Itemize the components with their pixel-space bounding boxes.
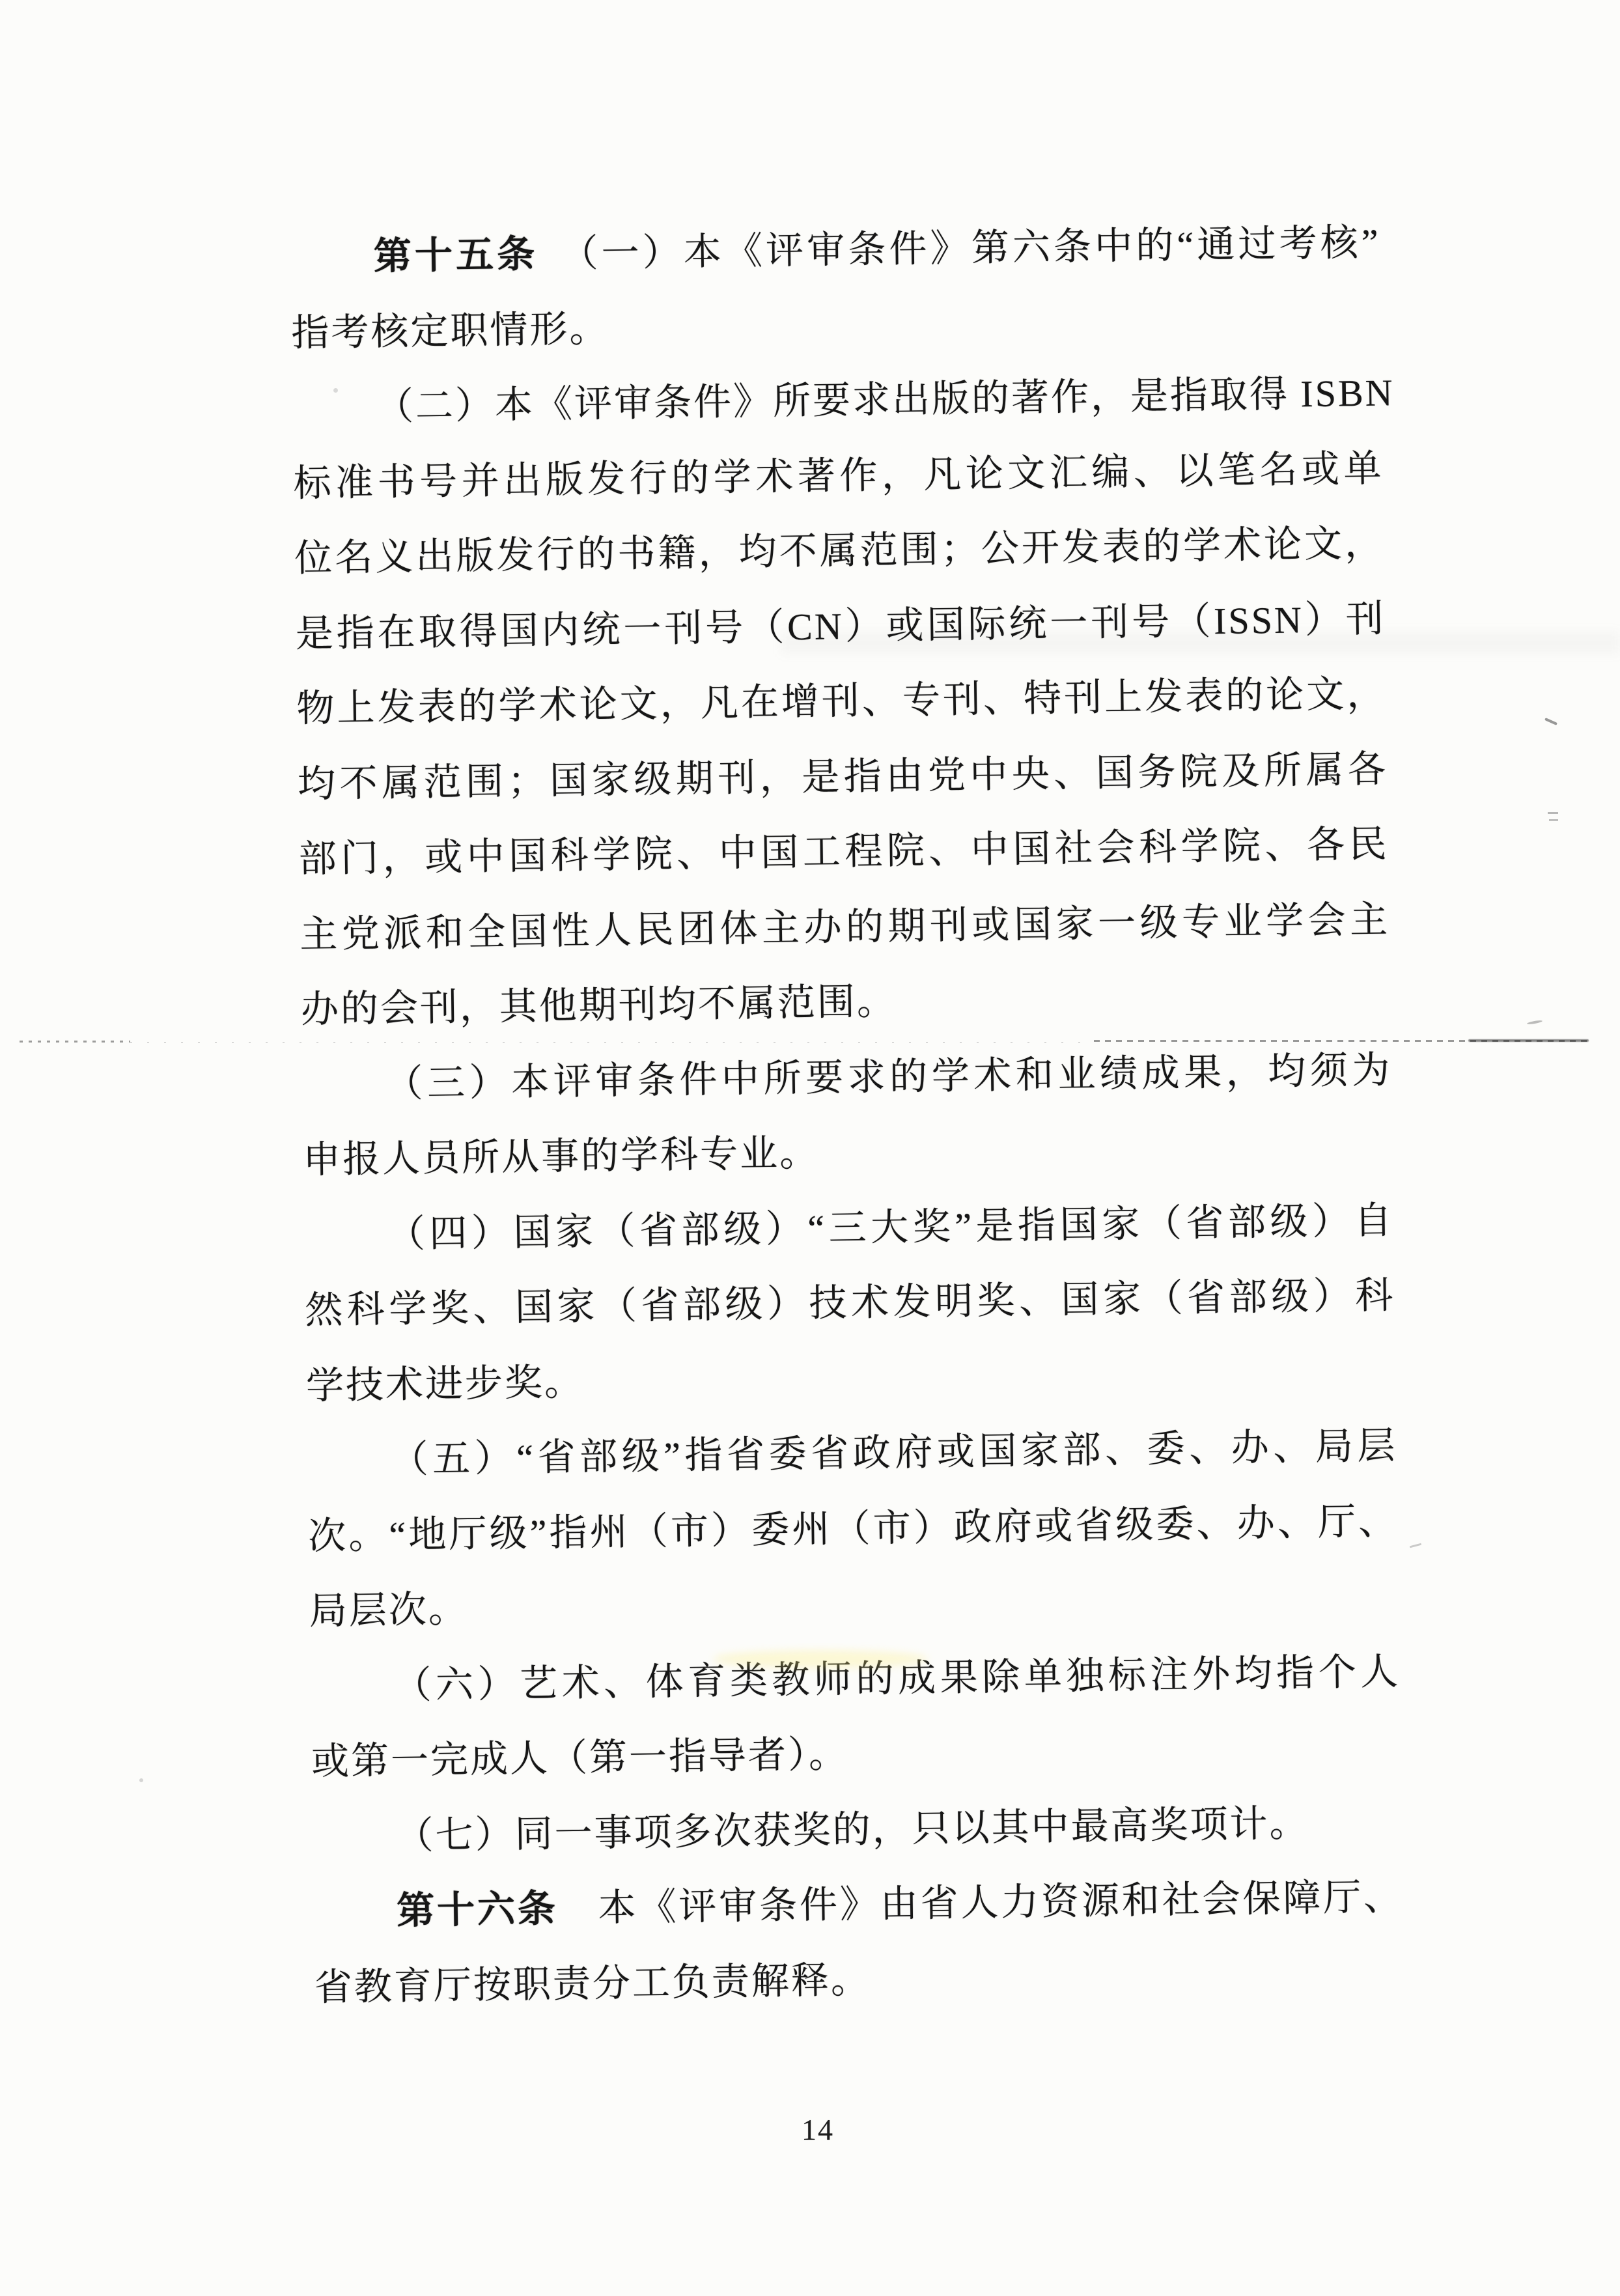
text-run: 省教育厅按职责分工负责解释。 (314, 1958, 871, 2008)
text-run: （三）本评审条件中所要求的学术和业绩成果，均须为 (385, 1048, 1392, 1105)
text-run: 然科学奖、国家（省部级）技术发明奖、国家（省部级）科 (305, 1274, 1395, 1331)
scan-speck (139, 1778, 143, 1782)
text-run: 本《评审条件》由省人力资源和社会保障厅、 (557, 1875, 1403, 1929)
scanned-document-page: 第十五条 （一）本《评审条件》第六条中的“通过考核”指考核定职情形。（二）本《评… (0, 0, 1620, 2296)
text-line: （五）“省部级”指省委省政府或国家部、委、办、局层 (307, 1408, 1397, 1498)
text-run: （四）国家（省部级）“三大奖”是指国家（省部级）自 (387, 1199, 1394, 1255)
text-run: 或第一完成人（第一指导者）。 (311, 1733, 849, 1783)
page-number: 14 (753, 2112, 883, 2147)
text-line: 物上发表的学术论文，凡在增刊、专刊、特刊上发表的论文， (296, 656, 1387, 747)
text-line: 然科学奖、国家（省部级）技术发明奖、国家（省部级）科 (305, 1257, 1395, 1348)
article-heading: 第十五条 (373, 233, 538, 278)
text-line: （六）艺术、体育类教师的成果除单独标注外均指个人 (310, 1634, 1401, 1724)
text-run: 标准书号并出版发行的学术著作，凡论文汇编、以笔名或单 (293, 447, 1384, 504)
text-run: 局层次。 (309, 1588, 468, 1632)
text-line: 省教育厅按职责分工负责解释。 (314, 1935, 1404, 2025)
scan-speck (1548, 812, 1558, 814)
scan-speck (1527, 1020, 1543, 1025)
text-run: （一）本《评审条件》第六条中的“通过考核” (538, 221, 1380, 275)
text-run: 物上发表的学术论文，凡在增刊、专刊、特刊上发表的论文， (296, 673, 1387, 730)
scan-speck (1544, 718, 1557, 725)
text-line: （二）本《评审条件》所要求出版的著作，是指取得 ISBN (292, 356, 1382, 446)
document-body-text: 第十五条 （一）本《评审条件》第六条中的“通过考核”指考核定职情形。（二）本《评… (290, 205, 1405, 2025)
text-run: （五）“省部级”指省委省政府或国家部、委、办、局层 (390, 1424, 1397, 1481)
text-line: 位名义出版发行的书籍，均不属范围；公开发表的学术论文， (294, 506, 1384, 596)
text-line: 主党派和全国性人民团体主办的期刊或国家一级专业学会主 (300, 882, 1390, 972)
scan-speck (1549, 819, 1558, 821)
text-run: 学技术进步奖。 (306, 1360, 585, 1407)
text-run: （六）艺术、体育类教师的成果除单独标注外均指个人 (393, 1650, 1401, 1707)
scan-speck (1410, 1543, 1421, 1548)
text-run: 主党派和全国性人民团体主办的期刊或国家一级专业学会主 (300, 898, 1390, 955)
text-run: 部门，或中国科学院、中国工程院、中国社会科学院、各民 (298, 823, 1389, 880)
text-run: 次。“地厅级”指州（市）委州（市）政府或省级委、办、厅、 (308, 1500, 1399, 1557)
text-run: 办的会刊，其他期刊均不属范围。 (300, 980, 897, 1031)
text-line: 部门，或中国科学院、中国工程院、中国社会科学院、各民 (298, 807, 1389, 897)
text-run: 位名义出版发行的书籍，均不属范围；公开发表的学术论文， (294, 522, 1385, 580)
text-run: （七）同一事项多次获奖的，只以其中最高奖项计。 (395, 1802, 1309, 1857)
text-line: 第十五条 （一）本《评审条件》第六条中的“通过考核” (290, 205, 1380, 296)
text-line: 次。“地厅级”指州（市）委州（市）政府或省级委、办、厅、 (307, 1483, 1398, 1574)
text-run: 均不属范围；国家级期刊，是指由党中央、国务院及所属各 (298, 748, 1388, 805)
scan-artifact-dotted-line-left (20, 1041, 130, 1043)
text-run: 指考核定职情形。 (291, 307, 609, 354)
text-line: （三）本评审条件中所要求的学术和业绩成果，均须为 (301, 1032, 1392, 1123)
text-line: 第十六条 本《评审条件》由省人力资源和社会保障厅、 (313, 1859, 1403, 1950)
article-heading: 第十六条 (397, 1888, 558, 1932)
text-run: （二）本《评审条件》所要求出版的著作，是指取得 ISBN (376, 371, 1395, 428)
scan-artifact-dark-dash (1468, 1039, 1589, 1042)
text-run: 是指在取得国内统一刊号（CN）或国际统一刊号（ISSN）刊 (295, 597, 1386, 654)
text-run: 申报人员所从事的学科专业。 (303, 1132, 820, 1181)
